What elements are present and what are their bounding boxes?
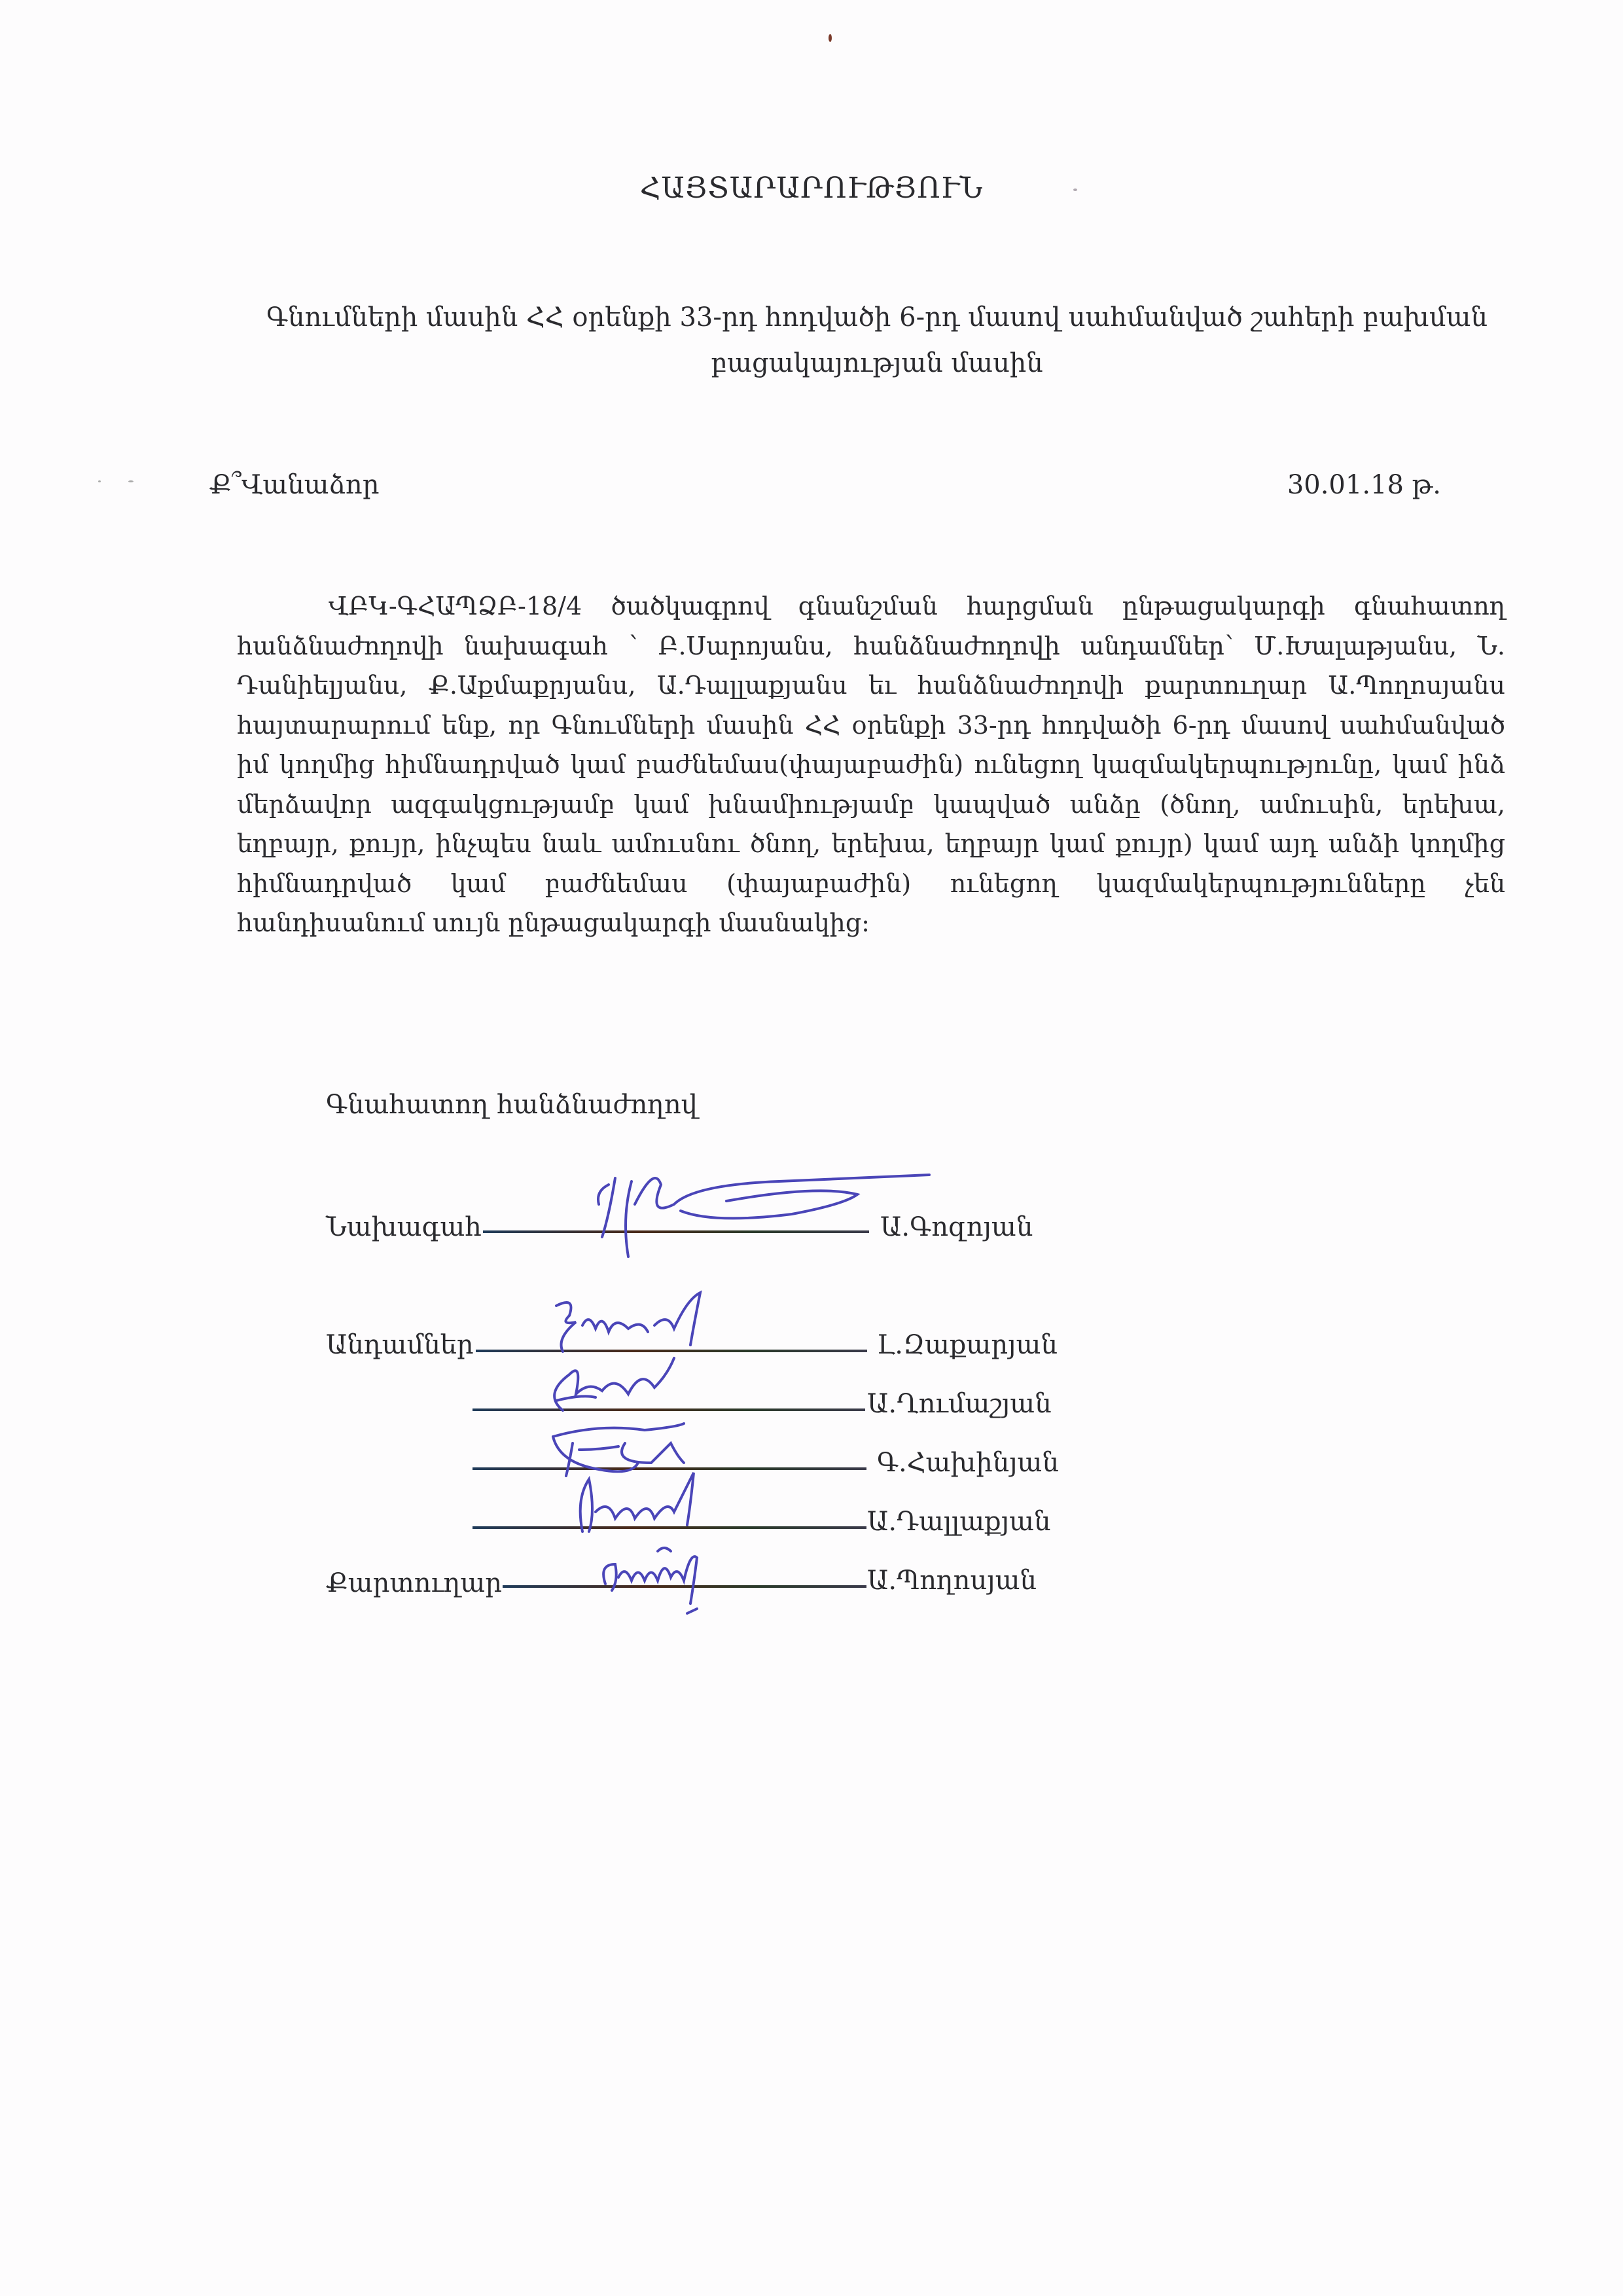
signatory-name: Ա.Պողոսյան [867, 1566, 1037, 1596]
scan-speck [829, 34, 832, 42]
document-subtitle: Գնումների մասին ՀՀ օրենքի 33-րդ հոդվածի … [249, 295, 1505, 386]
committee-label: Գնահատող հանձնաժողով [326, 1090, 698, 1120]
document-place: Ք՞Վանաձոր [209, 470, 380, 500]
document-page: ՀԱՅՏԱՐԱՐՈՒԹՅՈՒՆ Գնումների մասին ՀՀ օրենք… [0, 0, 1623, 2296]
signatory-name: Ա.Ղումաշյան [867, 1389, 1052, 1419]
subtitle-line-2: բացակայության մասին [249, 340, 1505, 386]
declaration-body: ՎԲԿ-ԳՀԱՊՁԲ-18/4 ծածկագրով գնանշման հարցմ… [237, 586, 1505, 943]
signatory-name: Լ.Զաքարյան [877, 1330, 1058, 1360]
scan-speck [128, 480, 134, 482]
handwritten-signature [543, 1355, 700, 1416]
handwritten-signature [550, 1293, 720, 1361]
signatory-name: Գ.Հախինյան [877, 1448, 1059, 1478]
signatory-name: Ա.Դալլաքյան [867, 1507, 1050, 1537]
subtitle-line-1: Գնումների մասին ՀՀ օրենքի 33-րդ հոդվածի … [249, 295, 1505, 340]
handwritten-signature [582, 1165, 949, 1259]
signature-role: Քարտուղար [326, 1568, 502, 1598]
handwritten-signature [599, 1545, 743, 1619]
document-date: 30.01.18 թ. [1287, 470, 1441, 500]
scan-speck [98, 480, 101, 482]
document-title: ՀԱՅՏԱՐԱՐՈՒԹՅՈՒՆ [0, 171, 1623, 205]
signature-role: Անդամներ [326, 1330, 474, 1360]
handwritten-signature [569, 1473, 713, 1541]
signature-role: Նախագահ [326, 1212, 482, 1242]
